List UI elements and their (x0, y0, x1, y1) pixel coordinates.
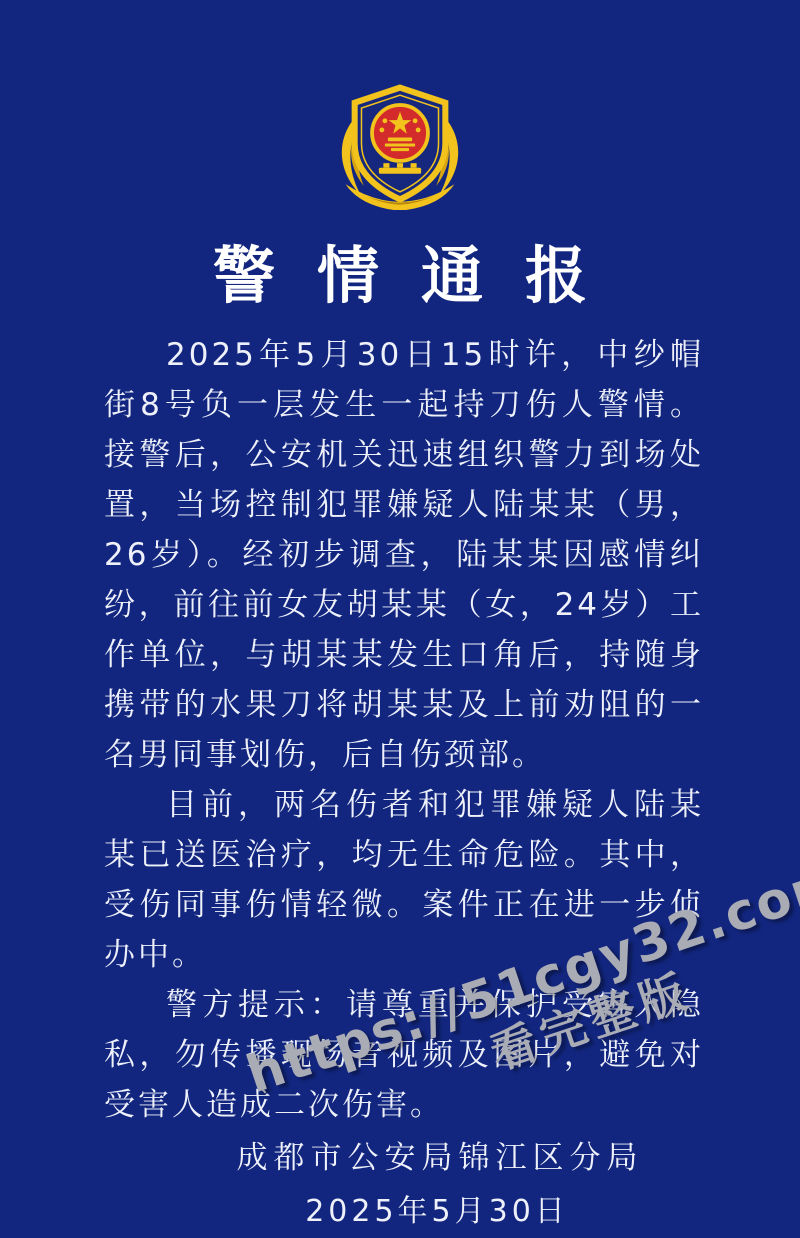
notice-date: 2025年5月30日 (0, 1186, 800, 1230)
police-badge-icon (324, 74, 476, 210)
notice-title: 警情通报 (0, 226, 800, 315)
police-notice-page: 警情通报 2025年5月30日15时许，中纱帽街8号负一层发生一起持刀伤人警情。… (0, 0, 800, 1238)
notice-body: 2025年5月30日15时许，中纱帽街8号负一层发生一起持刀伤人警情。接警后，公… (104, 330, 704, 1130)
notice-paragraph-2: 目前，两名伤者和犯罪嫌疑人陆某某已送医治疗，均无生命危险。其中，受伤同事伤情轻微… (104, 780, 704, 980)
notice-paragraph-1: 2025年5月30日15时许，中纱帽街8号负一层发生一起持刀伤人警情。接警后，公… (104, 330, 704, 780)
notice-signature: 成都市公安局锦江区分局 (0, 1132, 800, 1177)
notice-paragraph-3: 警方提示：请尊重并保护受害人隐私，勿传播现场音视频及图片，避免对受害人造成二次伤… (104, 980, 704, 1130)
